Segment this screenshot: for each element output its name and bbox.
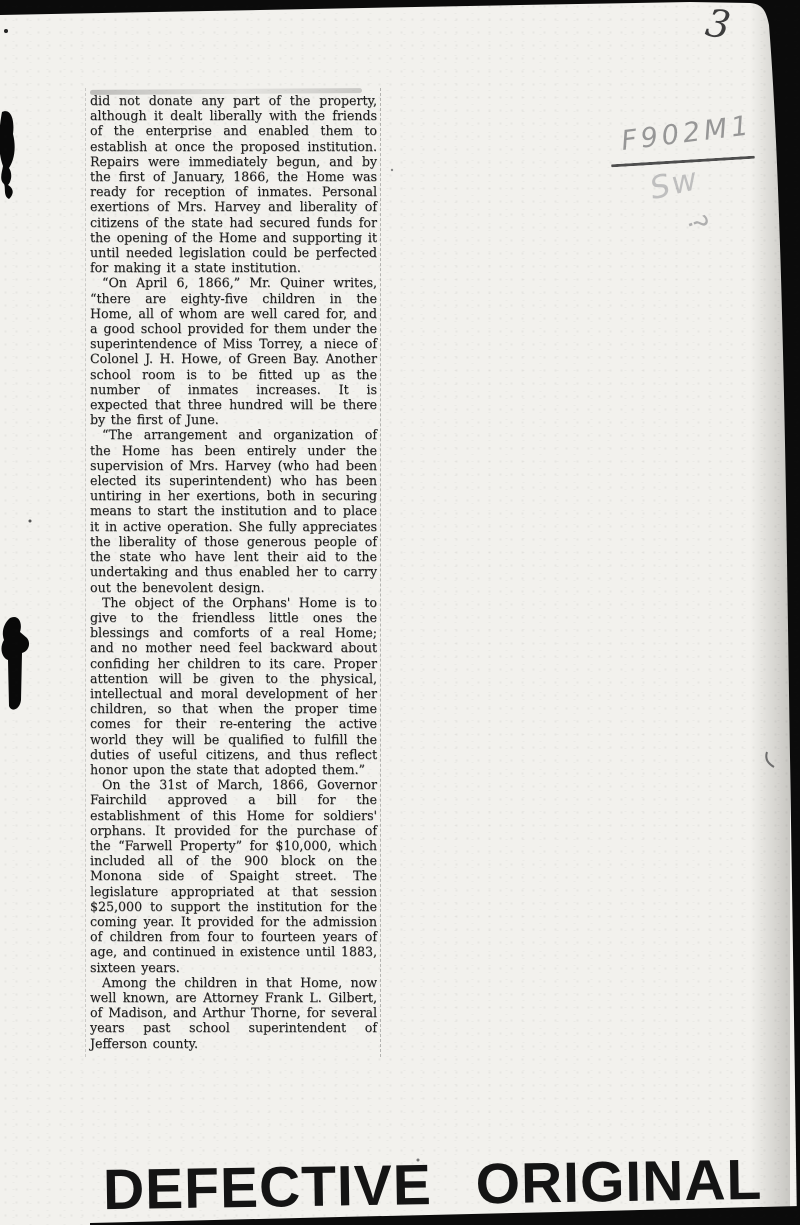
stray-speck — [4, 29, 8, 33]
article-paragraph: “The arrangement and organization of the… — [90, 427, 377, 594]
newspaper-clipping: did not donate any part of the property,… — [85, 88, 381, 1057]
handwritten-squiggle: ? — [680, 211, 713, 234]
stray-speck — [391, 169, 393, 171]
defective-original-stamp: DEFECTIVE ORIGINAL — [103, 1147, 763, 1223]
article-paragraph: did not donate any part of the property,… — [90, 93, 377, 275]
article-paragraph: On the 31st of March, 1866, Governor Fai… — [90, 777, 377, 975]
page-curl-shadow — [750, 0, 790, 1225]
article-paragraph: Among the children in that Home, now wel… — [90, 975, 377, 1051]
stray-pencil-hook — [766, 752, 774, 767]
ink-blob-lower-left — [1, 617, 29, 710]
stray-speck — [29, 520, 32, 523]
article-paragraph: “On April 6, 1866,” Mr. Quiner writes, “… — [90, 275, 377, 427]
handwritten-catalog-code: F902M1 — [620, 110, 754, 157]
handwritten-note: Sw — [647, 161, 703, 207]
handwritten-page-number: 3 — [703, 0, 734, 47]
ink-blob-upper-left — [0, 111, 15, 199]
article-paragraph: The object of the Orphans' Home is to gi… — [90, 595, 377, 777]
